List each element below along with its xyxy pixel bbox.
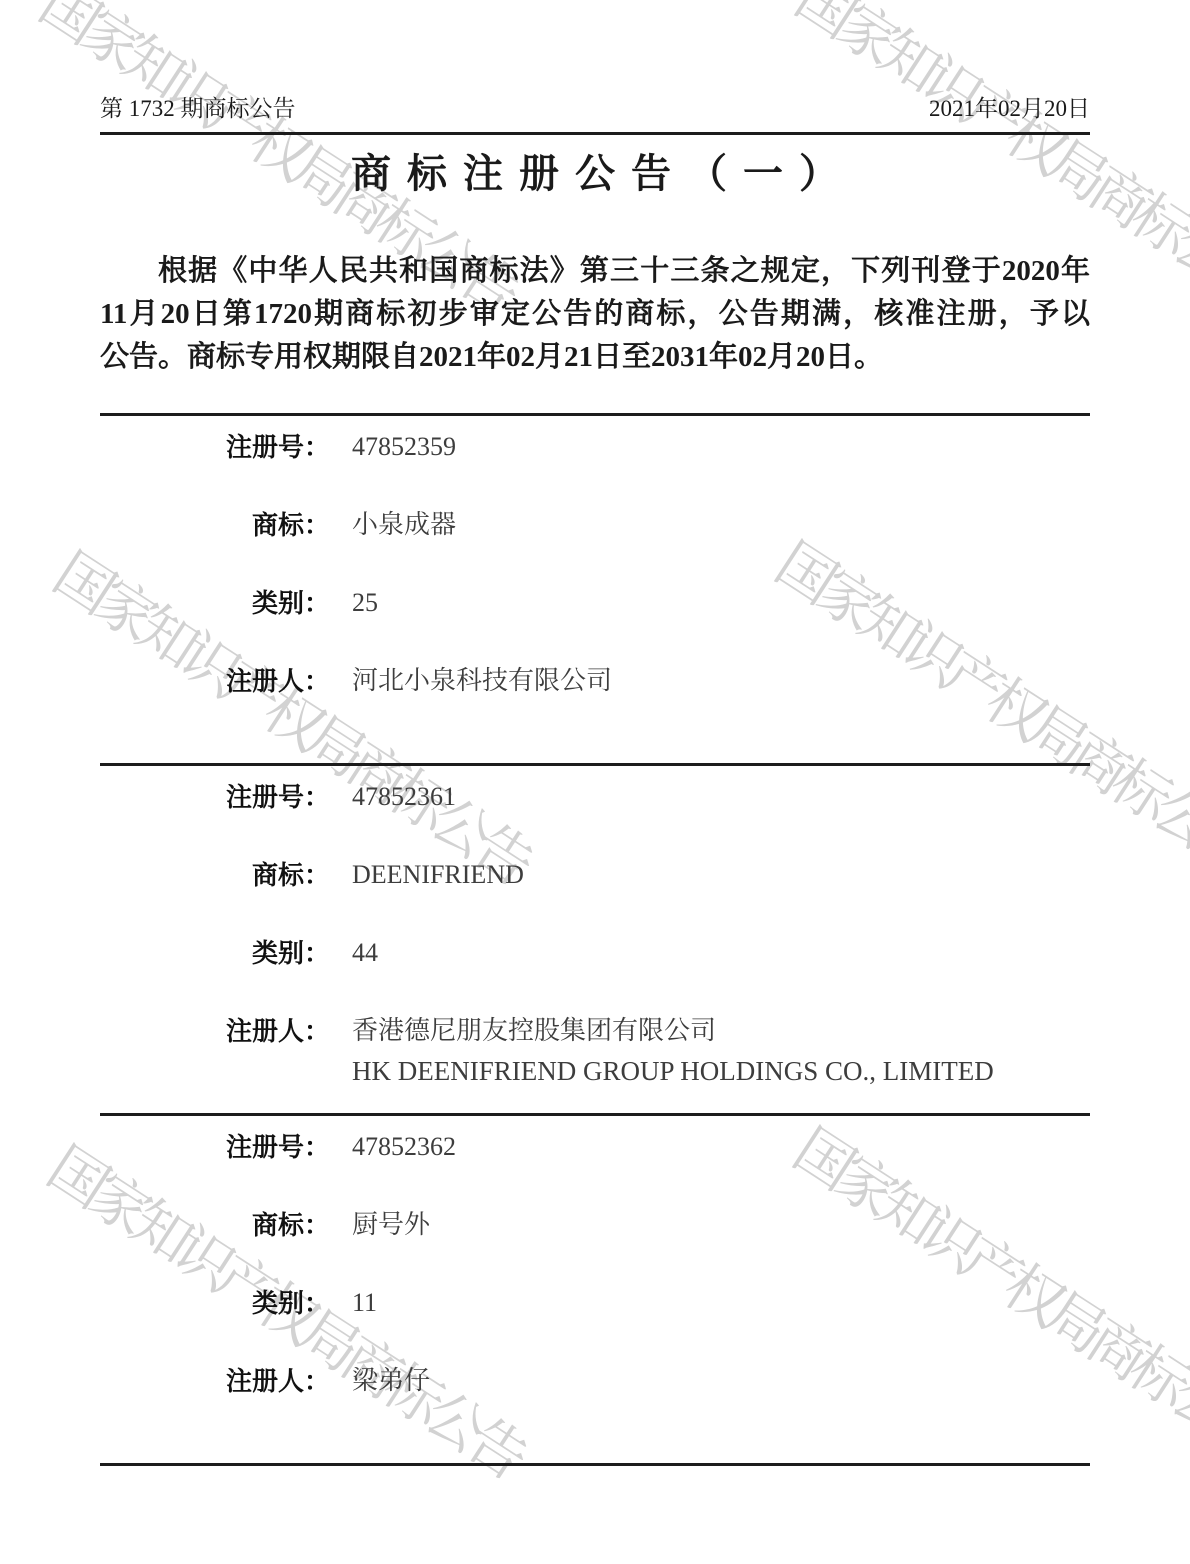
registrant-values: 河北小泉科技有限公司	[352, 666, 612, 696]
trademark-entry: 注册号： 47852359 商标： 小泉成器 类别： 25 注册人： 河北小泉科…	[100, 413, 1090, 763]
field-row-trademark: 商标： DEENIFRIEND	[100, 860, 1090, 890]
class-label: 类别：	[100, 938, 330, 968]
trademark-label: 商标：	[100, 860, 330, 890]
registrant-label: 注册人：	[100, 1366, 330, 1396]
class-label: 类别：	[100, 1288, 330, 1318]
registration-number-label: 注册号：	[100, 432, 330, 462]
gazette-issue-number: 第 1732 期商标公告	[100, 94, 296, 124]
field-row-registration-number: 注册号： 47852362	[100, 1132, 1090, 1162]
registration-number-value: 47852359	[352, 432, 456, 462]
registration-number-label: 注册号：	[100, 1132, 330, 1162]
class-label: 类别：	[100, 588, 330, 618]
field-row-registration-number: 注册号： 47852359	[100, 432, 1090, 462]
trademark-label: 商标：	[100, 1210, 330, 1240]
registration-number-label: 注册号：	[100, 782, 330, 812]
registrant-value: 香港德尼朋友控股集团有限公司	[352, 1016, 994, 1046]
field-row-registrant: 注册人： 香港德尼朋友控股集团有限公司 HK DEENIFRIEND GROUP…	[100, 1016, 1090, 1086]
field-row-registrant: 注册人： 梁弟仔	[100, 1366, 1090, 1396]
registration-number-value: 47852361	[352, 782, 456, 812]
trademark-value: 小泉成器	[352, 510, 456, 540]
registrant-value: 河北小泉科技有限公司	[352, 666, 612, 696]
registrant-value: 梁弟仔	[352, 1366, 430, 1396]
class-value: 44	[352, 938, 378, 968]
intro-line: 公告。商标专用权期限自2021年02月21日至2031年02月20日。	[100, 336, 1090, 379]
page-title: 商标注册公告（一）	[100, 150, 1090, 198]
field-row-registration-number: 注册号： 47852361	[100, 782, 1090, 812]
field-row-class: 类别： 11	[100, 1288, 1090, 1318]
registrant-values: 梁弟仔	[352, 1366, 430, 1396]
trademark-value: 厨号外	[352, 1210, 430, 1240]
field-row-class: 类别： 44	[100, 938, 1090, 968]
class-value: 25	[352, 588, 378, 618]
document-content: 第 1732 期商标公告 2021年02月20日 商标注册公告（一） 根据《中华…	[100, 0, 1090, 1466]
field-row-trademark: 商标： 小泉成器	[100, 510, 1090, 540]
gazette-date: 2021年02月20日	[929, 94, 1090, 124]
trademark-entry: 注册号： 47852362 商标： 厨号外 类别： 11 注册人： 梁弟仔	[100, 1113, 1090, 1463]
registration-number-value: 47852362	[352, 1132, 456, 1162]
trademark-entry: 注册号： 47852361 商标： DEENIFRIEND 类别： 44 注册人…	[100, 763, 1090, 1113]
intro-line: 根据《中华人民共和国商标法》第三十三条之规定，下列刊登于2020年	[100, 250, 1090, 293]
trademark-value: DEENIFRIEND	[352, 860, 524, 890]
registrant-value-english: HK DEENIFRIEND GROUP HOLDINGS CO., LIMIT…	[352, 1056, 994, 1086]
registrant-label: 注册人：	[100, 1016, 330, 1046]
trademark-gazette-page: 国家知识产权局商标公告 国家知识产权局商标公告 国家知识产权局商标公告 国家知识…	[0, 0, 1190, 1564]
intro-paragraph: 根据《中华人民共和国商标法》第三十三条之规定，下列刊登于2020年 11月20日…	[100, 250, 1090, 379]
field-row-trademark: 商标： 厨号外	[100, 1210, 1090, 1240]
trademark-entries: 注册号： 47852359 商标： 小泉成器 类别： 25 注册人： 河北小泉科…	[100, 413, 1090, 1466]
class-value: 11	[352, 1288, 377, 1318]
field-row-class: 类别： 25	[100, 588, 1090, 618]
header-separator-rule	[100, 132, 1090, 135]
bottom-separator-rule	[100, 1463, 1090, 1466]
registrant-label: 注册人：	[100, 666, 330, 696]
trademark-label: 商标：	[100, 510, 330, 540]
page-header: 第 1732 期商标公告 2021年02月20日	[100, 94, 1090, 124]
intro-line: 11月20日第1720期商标初步审定公告的商标，公告期满，核准注册，予以	[100, 293, 1090, 336]
field-row-registrant: 注册人： 河北小泉科技有限公司	[100, 666, 1090, 696]
registrant-values: 香港德尼朋友控股集团有限公司 HK DEENIFRIEND GROUP HOLD…	[352, 1016, 994, 1086]
